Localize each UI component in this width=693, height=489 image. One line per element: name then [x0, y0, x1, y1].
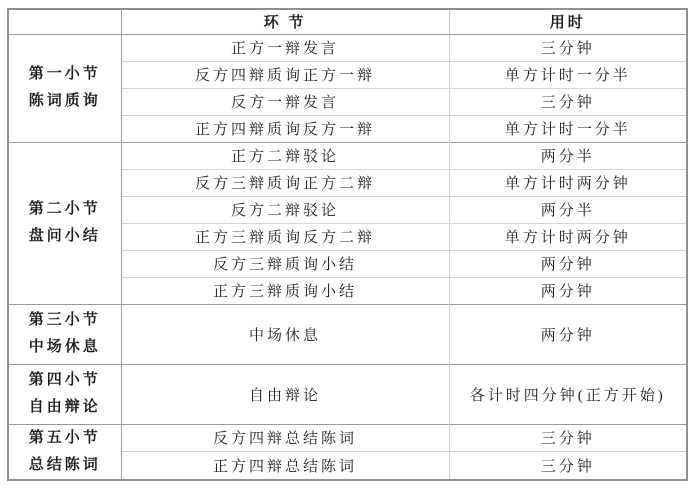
section-label-line: 第二小节	[9, 196, 121, 223]
time-cell: 三分钟	[449, 424, 687, 452]
segment-cell: 正方四辩质询反方一辩	[121, 115, 449, 142]
header-row: 环 节 用时	[8, 9, 687, 34]
segment-cell: 反方三辩质询正方二辩	[121, 169, 449, 196]
debate-table-body: 第一小节陈词质询正方一辩发言三分钟反方四辩质询正方一辩单方计时一分半反方一辩发言…	[8, 34, 687, 480]
segment-cell: 反方三辩质询小结	[121, 250, 449, 277]
section-label: 第一小节陈词质询	[8, 34, 121, 142]
time-cell: 两分钟	[449, 277, 687, 304]
section-label-line: 第四小节	[9, 367, 121, 394]
time-cell: 三分钟	[449, 34, 687, 61]
segment-cell: 反方四辩总结陈词	[121, 424, 449, 452]
table-row: 第四小节自由辩论自由辩论各计时四分钟(正方开始)	[8, 364, 687, 424]
segment-cell: 正方一辩发言	[121, 34, 449, 61]
time-cell: 单方计时一分半	[449, 115, 687, 142]
segment-cell: 反方四辩质询正方一辩	[121, 61, 449, 88]
section-label-line: 第一小节	[9, 61, 121, 88]
time-cell: 单方计时一分半	[449, 61, 687, 88]
time-cell: 单方计时两分钟	[449, 223, 687, 250]
segment-cell: 正方三辩质询小结	[121, 277, 449, 304]
table-row: 第五小节总结陈词反方四辩总结陈词三分钟	[8, 424, 687, 452]
time-column-header: 用时	[449, 9, 687, 34]
section-label-line: 陈词质询	[9, 88, 121, 115]
section-label: 第五小节总结陈词	[8, 424, 121, 480]
time-cell: 两分半	[449, 196, 687, 223]
segment-cell: 正方二辩驳论	[121, 142, 449, 169]
table-row: 第一小节陈词质询正方一辩发言三分钟	[8, 34, 687, 61]
section-label-line: 总结陈词	[9, 452, 121, 479]
section-label: 第四小节自由辩论	[8, 364, 121, 424]
time-cell: 三分钟	[449, 88, 687, 115]
time-cell: 两分钟	[449, 304, 687, 364]
segment-cell: 中场休息	[121, 304, 449, 364]
segment-cell: 自由辩论	[121, 364, 449, 424]
table-header: 环 节 用时	[8, 9, 687, 34]
section-label-line: 第五小节	[9, 425, 121, 452]
section-label-line: 盘问小结	[9, 223, 121, 250]
corner-cell	[8, 9, 121, 34]
segment-cell: 正方三辩质询反方二辩	[121, 223, 449, 250]
debate-schedule-table: 环 节 用时 第一小节陈词质询正方一辩发言三分钟反方四辩质询正方一辩单方计时一分…	[7, 8, 688, 481]
segment-cell: 反方一辩发言	[121, 88, 449, 115]
time-cell: 单方计时两分钟	[449, 169, 687, 196]
section-label-line: 中场休息	[9, 334, 121, 361]
document-page: 环 节 用时 第一小节陈词质询正方一辩发言三分钟反方四辩质询正方一辩单方计时一分…	[0, 0, 693, 489]
segment-column-header: 环 节	[121, 9, 449, 34]
segment-cell: 反方二辩驳论	[121, 196, 449, 223]
segment-cell: 正方四辩总结陈词	[121, 452, 449, 480]
section-label-line: 自由辩论	[9, 394, 121, 421]
time-cell: 两分半	[449, 142, 687, 169]
time-cell: 各计时四分钟(正方开始)	[449, 364, 687, 424]
time-cell: 三分钟	[449, 452, 687, 480]
section-label: 第三小节中场休息	[8, 304, 121, 364]
section-label-line: 第三小节	[9, 307, 121, 334]
section-label: 第二小节盘问小结	[8, 142, 121, 304]
time-cell: 两分钟	[449, 250, 687, 277]
table-row: 第二小节盘问小结正方二辩驳论两分半	[8, 142, 687, 169]
table-row: 第三小节中场休息中场休息两分钟	[8, 304, 687, 364]
